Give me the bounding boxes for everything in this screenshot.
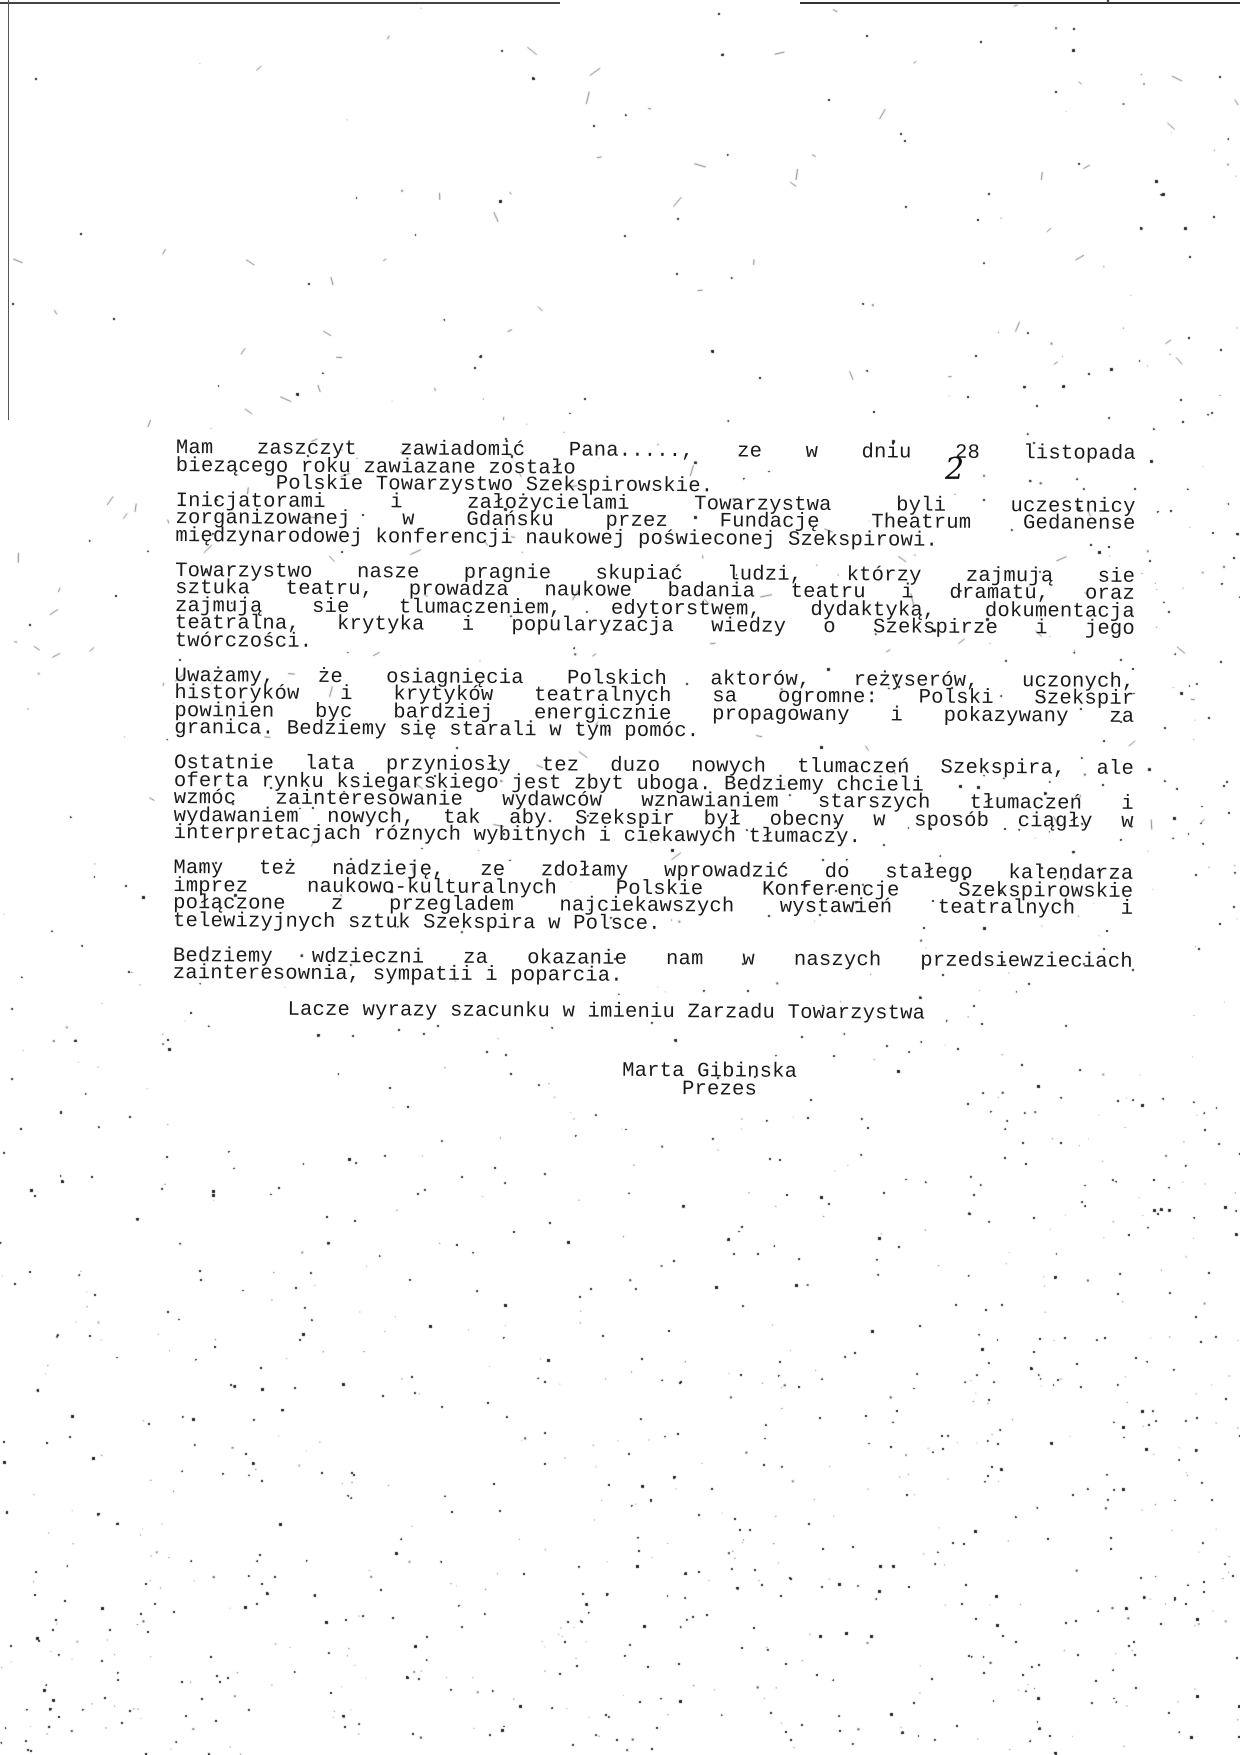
letter-body: Mam zaszczyt zawiadomić Pana....., ze w … [172, 440, 1136, 1101]
paragraph-conferences: Mamy też nadzieję, ze zdołamy wprowadzić… [173, 860, 1133, 936]
page-edge-top-right [800, 2, 1240, 4]
paragraph-thanks: Bedziemy wdzieczni za okazanie nam w nas… [173, 947, 1133, 988]
signatory-title: Prezes [622, 1080, 1132, 1101]
signature-block: Marta Gibinska Prezes [172, 1060, 1132, 1101]
paragraph-goals: Towarzystwo nasze pragnie skupiać ludzi,… [175, 562, 1136, 655]
closing-line: Lacze wyrazy szacunku w imieniu Zarzadu … [172, 1000, 1132, 1023]
page-edge-left [8, 0, 9, 420]
page-edge-top-left [0, 2, 560, 4]
handwritten-date-mark: 2 [945, 452, 964, 487]
paragraph-achievements: Uważamy, że osiagnięcia Polskich aktorów… [174, 667, 1134, 743]
text-line: teatralna, krytyka i popularyzacja wiedz… [175, 615, 1135, 638]
paragraph-announcement: Mam zaszczyt zawiadomić Pana....., ze w … [175, 440, 1136, 551]
paragraph-translations: Ostatnie lata przyniosły tez duzo nowych… [174, 755, 1135, 848]
